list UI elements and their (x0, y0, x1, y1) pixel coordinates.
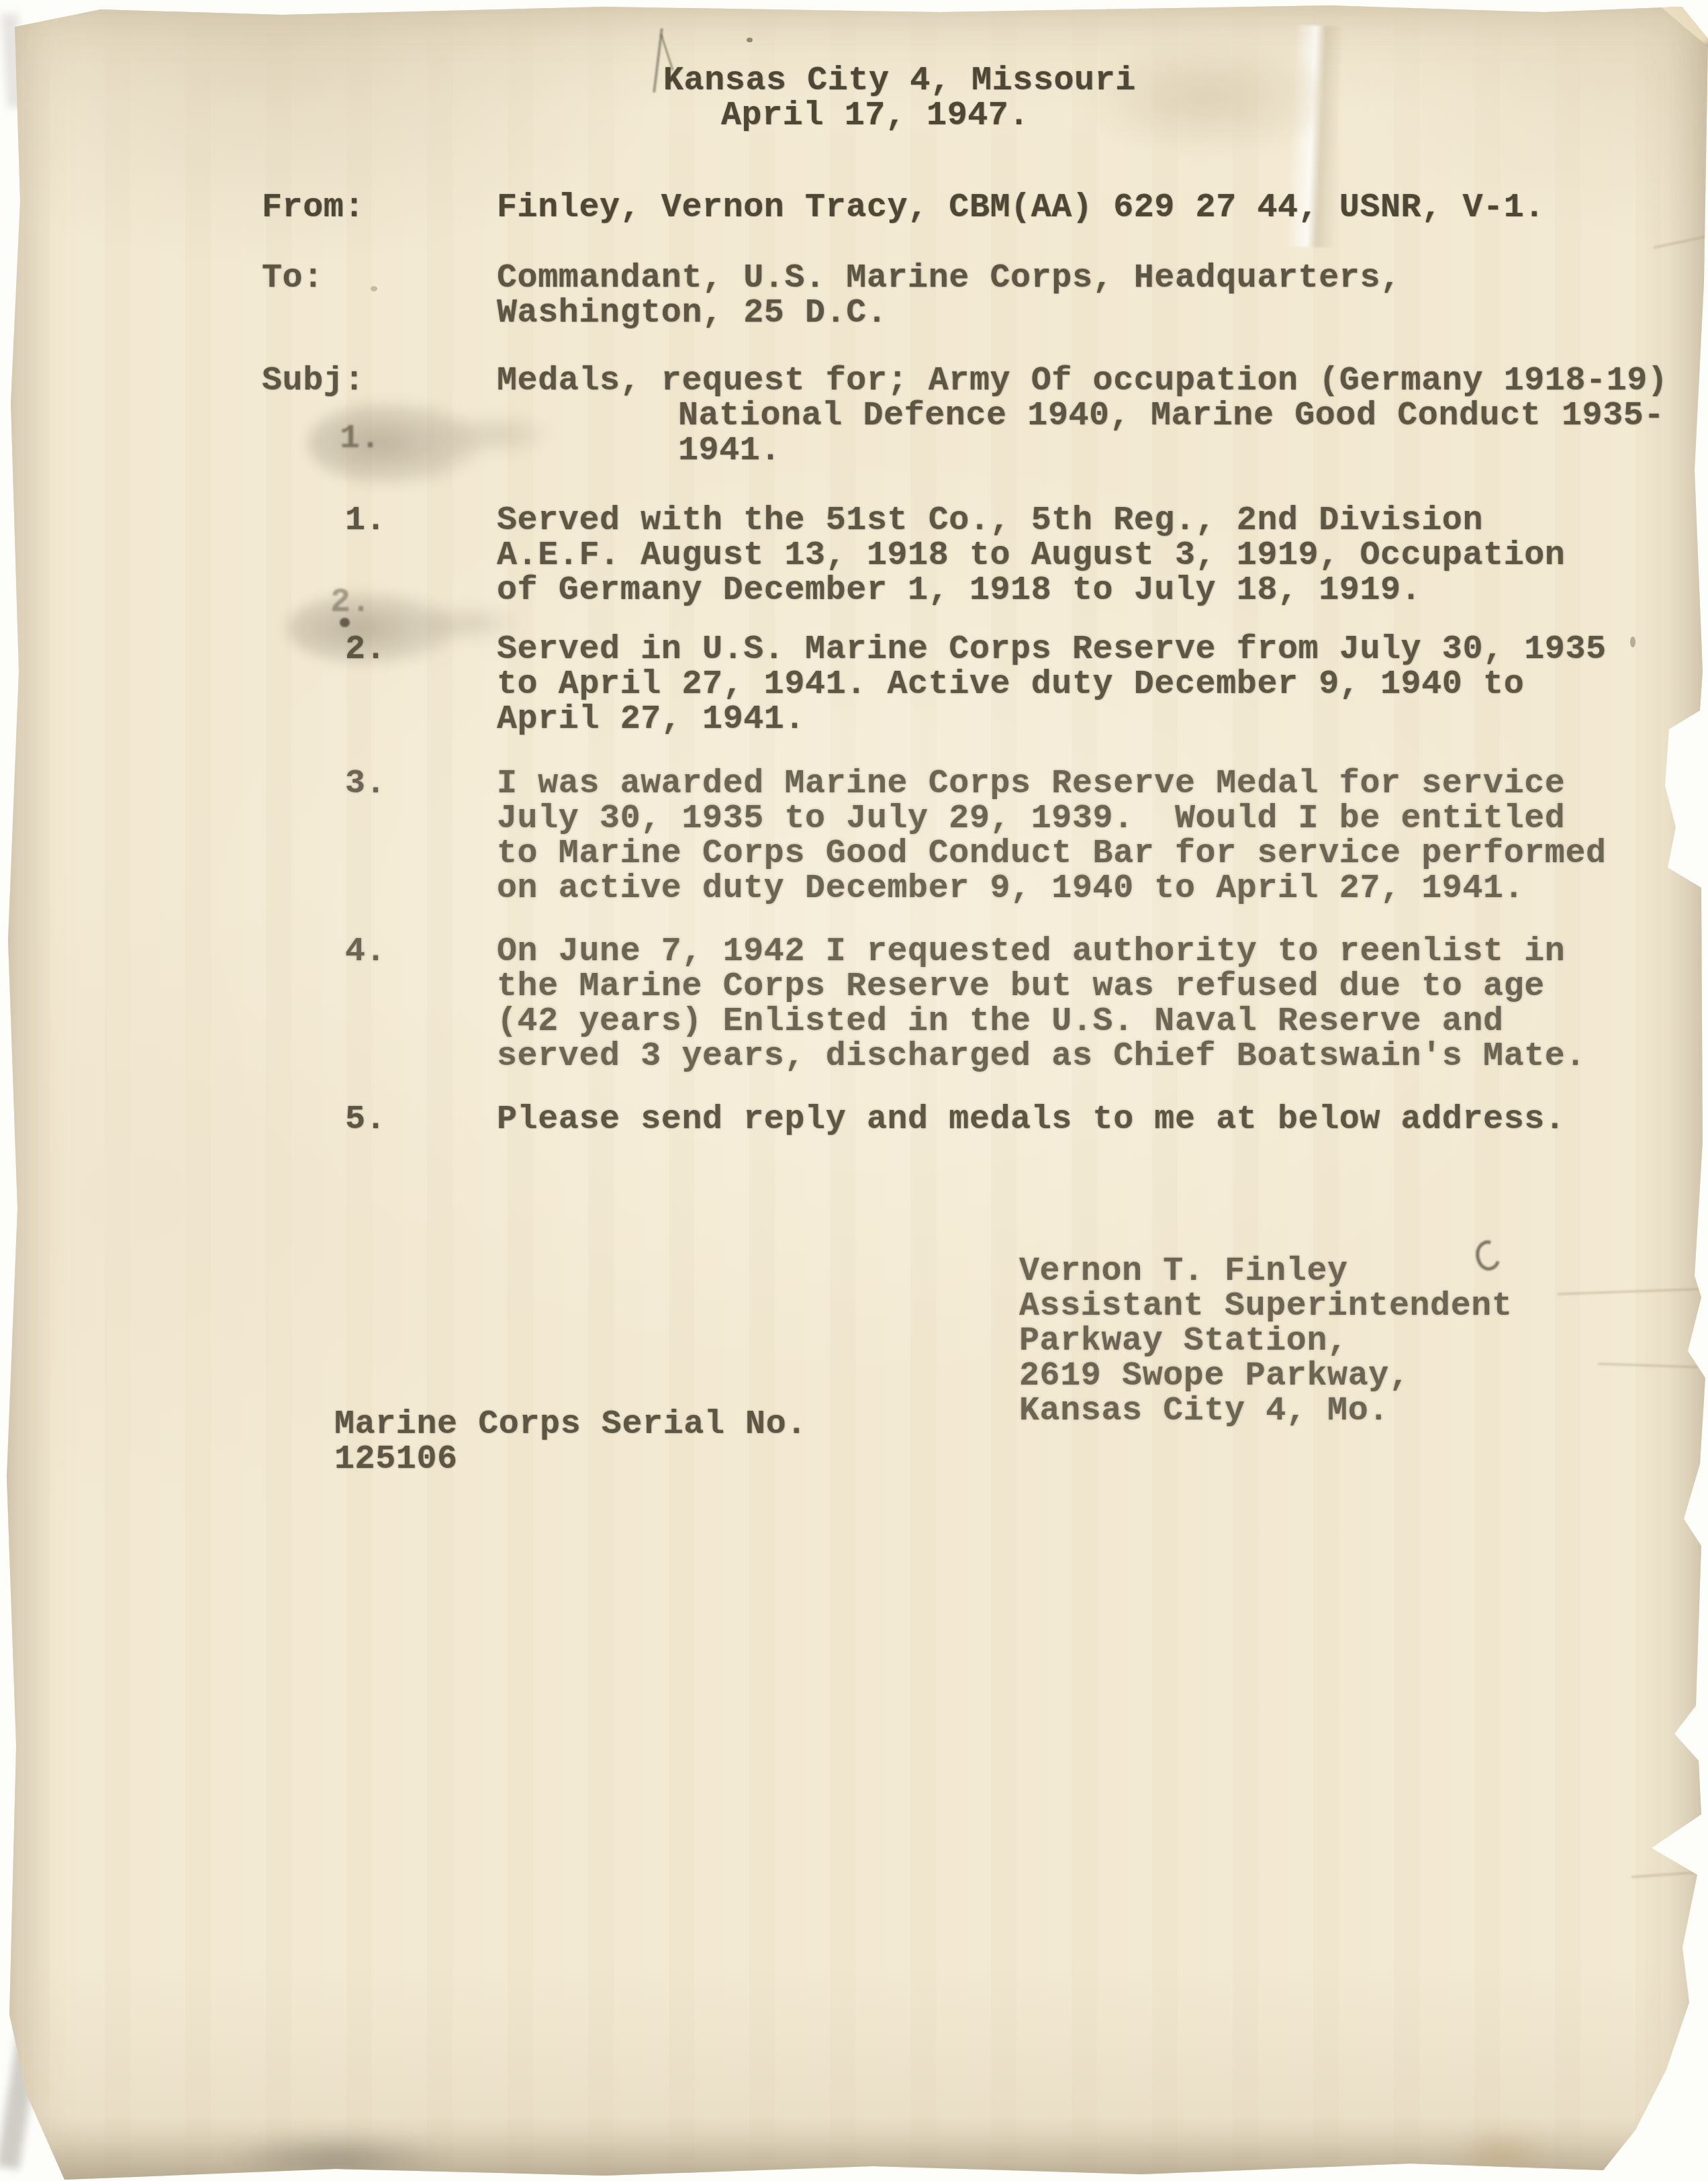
to-value-line-2: Washington, 25 D.C. (262, 296, 1401, 331)
paragraph-4-line-2: the Marine Corps Reserve but was refused… (262, 970, 1586, 1005)
paragraph-3: 3.I was awarded Marine Corps Reserve Med… (262, 767, 1607, 907)
paragraph-1-line-1: Served with the 51st Co., 5th Reg., 2nd … (497, 504, 1483, 539)
paragraph-4: 4.On June 7, 1942 I requested authority … (262, 935, 1586, 1074)
paragraph-3-line-2: July 30, 1935 to July 29, 1939. Would I … (262, 802, 1607, 837)
from-label: From: (262, 191, 497, 226)
paragraph-5-number: 5. (262, 1103, 497, 1138)
paragraph-3-line-1: I was awarded Marine Corps Reserve Medal… (497, 767, 1565, 802)
signature-station: Parkway Station, (1019, 1324, 1513, 1359)
signature-street: 2619 Swope Parkway, (1019, 1359, 1513, 1394)
from-field: From:Finley, Vernon Tracy, CBM(AA) 629 2… (262, 191, 1545, 226)
scanned-letter: 1. 2. Kansas City 4, Missouri April 17, … (0, 0, 1708, 2181)
subject-field: Subj:Medals, request for; Army Of occupa… (262, 364, 1668, 469)
from-value: Finley, Vernon Tracy, CBM(AA) 629 27 44,… (497, 191, 1545, 226)
paragraph-4-number: 4. (262, 935, 497, 970)
paragraph-4-line-4: served 3 years, discharged as Chief Boat… (262, 1039, 1586, 1074)
paragraph-2-line-3: April 27, 1941. (262, 702, 1607, 737)
to-label: To: (262, 261, 497, 296)
signature-city: Kansas City 4, Mo. (1019, 1394, 1513, 1429)
subject-line-3: 1941. (262, 434, 1668, 469)
subject-line-2: National Defence 1940, Marine Good Condu… (262, 399, 1668, 434)
paragraph-1-line-3: of Germany December 1, 1918 to July 18, … (262, 573, 1565, 608)
letter-paper: 1. 2. Kansas City 4, Missouri April 17, … (0, 0, 1708, 2181)
paragraph-5: 5.Please send reply and medals to me at … (262, 1103, 1565, 1138)
paragraph-3-number: 3. (262, 767, 497, 802)
letterhead: Kansas City 4, Missouri April 17, 1947. (663, 64, 1136, 134)
serial-block: Marine Corps Serial No. 125106 (334, 1407, 807, 1477)
paragraph-1-line-2: A.E.F. August 13, 1918 to August 3, 1919… (262, 539, 1565, 573)
to-field: To:Commandant, U.S. Marine Corps, Headqu… (262, 261, 1401, 331)
signature-title: Assistant Superintendent (1019, 1289, 1513, 1324)
letterhead-date-line: April 17, 1947. (663, 99, 1136, 134)
paragraph-4-line-3: (42 years) Enlisted in the U.S. Naval Re… (262, 1005, 1586, 1039)
serial-number: 125106 (334, 1442, 807, 1477)
to-value-line-1: Commandant, U.S. Marine Corps, Headquart… (497, 261, 1401, 296)
paragraph-3-line-3: to Marine Corps Good Conduct Bar for ser… (262, 837, 1607, 872)
paragraph-1-number: 1. (262, 504, 497, 539)
subject-line-1: Medals, request for; Army Of occupation … (497, 364, 1668, 399)
paragraph-2-line-1: Served in U.S. Marine Corps Reserve from… (497, 633, 1607, 667)
signature-name: Vernon T. Finley (1019, 1254, 1513, 1289)
paragraph-2: 2.Served in U.S. Marine Corps Reserve fr… (262, 633, 1607, 737)
paragraph-5-line-1: Please send reply and medals to me at be… (497, 1103, 1565, 1138)
letterhead-city-line: Kansas City 4, Missouri (663, 64, 1136, 99)
serial-label: Marine Corps Serial No. (334, 1407, 807, 1442)
subject-label: Subj: (262, 364, 497, 399)
signature-block: Vernon T. Finley Assistant Superintenden… (1019, 1254, 1513, 1429)
typed-text-layer: Kansas City 4, Missouri April 17, 1947. … (0, 0, 1708, 2181)
paragraph-2-line-2: to April 27, 1941. Active duty December … (262, 667, 1607, 702)
paragraph-2-number: 2. (262, 633, 497, 667)
paragraph-4-line-1: On June 7, 1942 I requested authority to… (497, 935, 1565, 970)
paragraph-1: 1.Served with the 51st Co., 5th Reg., 2n… (262, 504, 1565, 608)
paragraph-3-line-4: on active duty December 9, 1940 to April… (262, 872, 1607, 907)
